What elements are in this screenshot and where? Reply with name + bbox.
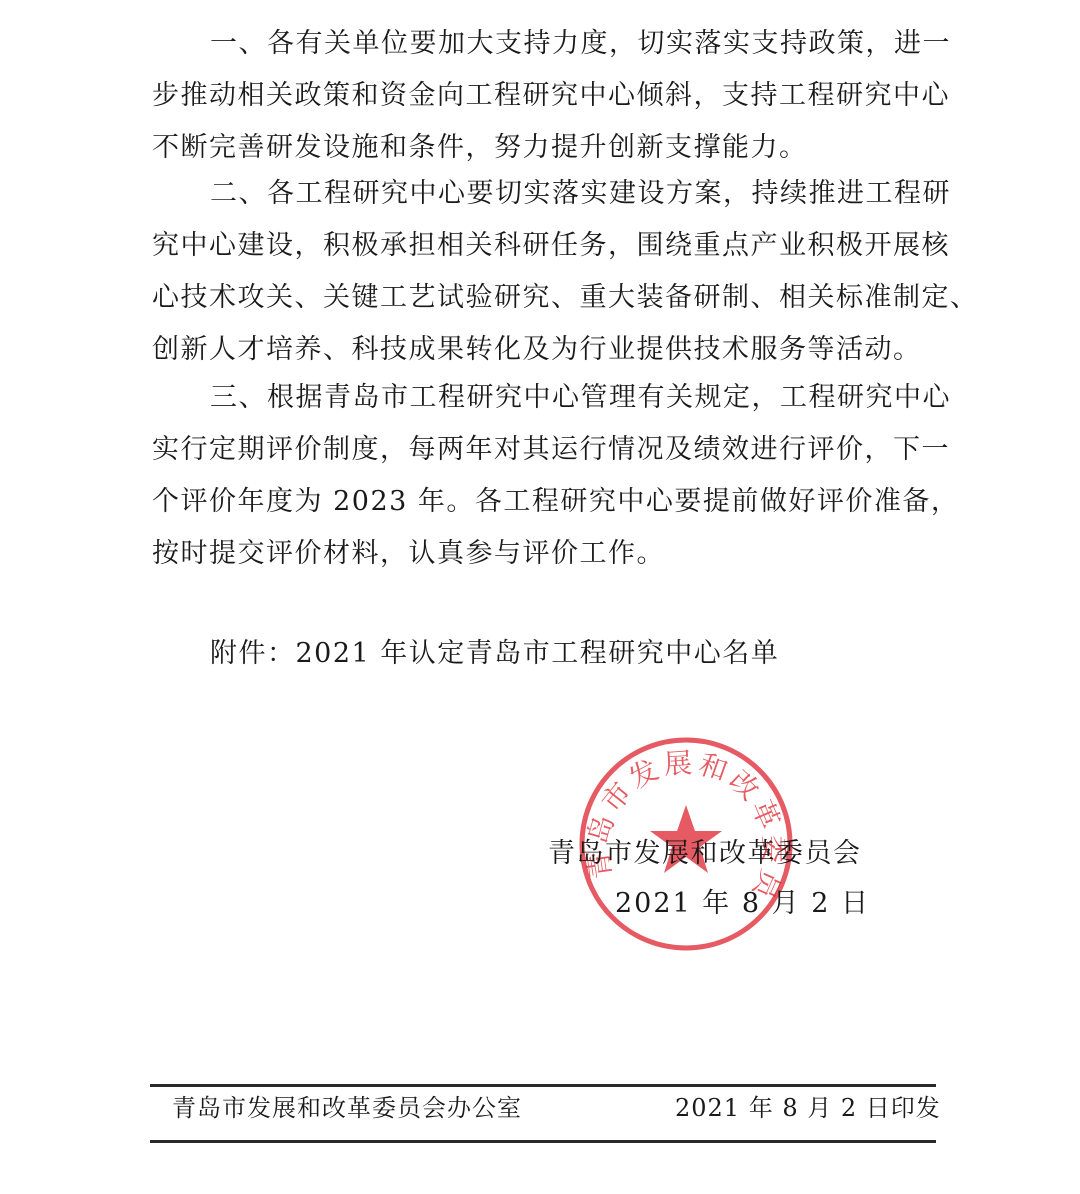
paragraph-3: 三、根据青岛市工程研究中心管理有关规定，工程研究中心 实行定期评价制度，每两年对…	[152, 372, 942, 580]
paragraph-line: 步推动相关政策和资金向工程研究中心倾斜，支持工程研究中心	[152, 70, 942, 122]
document-page: 一、各有关单位要加大支持力度，切实落实支持政策，进一 步推动相关政策和资金向工程…	[0, 0, 1080, 1194]
paragraph-line: 个评价年度为 2023 年。各工程研究中心要提前做好评价准备，	[152, 476, 942, 528]
paragraph-line: 实行定期评价制度，每两年对其运行情况及绩效进行评价，下一	[152, 424, 942, 476]
footer-bottom-rule	[150, 1140, 936, 1143]
paragraph-line: 三、根据青岛市工程研究中心管理有关规定，工程研究中心	[152, 372, 942, 424]
paragraph-line: 按时提交评价材料，认真参与评价工作。	[152, 528, 942, 580]
paragraph-line: 不断完善研发设施和条件，努力提升创新支撑能力。	[152, 122, 942, 174]
signing-organization: 青岛市发展和改革委员会	[548, 830, 862, 878]
footer-issuer: 青岛市发展和改革委员会办公室	[172, 1088, 522, 1128]
paragraph-line: 二、各工程研究中心要切实落实建设方案，持续推进工程研	[152, 168, 942, 220]
paragraph-line: 究中心建设，积极承担相关科研任务，围绕重点产业积极开展核	[152, 220, 942, 272]
paragraph-line: 创新人才培养、科技成果转化及为行业提供技术服务等活动。	[152, 324, 942, 376]
paragraph-1: 一、各有关单位要加大支持力度，切实落实支持政策，进一 步推动相关政策和资金向工程…	[152, 18, 942, 174]
attachment-note: 附件：2021 年认定青岛市工程研究中心名单	[210, 628, 779, 680]
paragraph-line: 心技术攻关、关键工艺试验研究、重大装备研制、相关标准制定、	[152, 272, 942, 324]
footer-issue-date: 2021 年 8 月 2 日印发	[675, 1088, 941, 1128]
signing-date: 2021 年 8 月 2 日	[615, 880, 870, 928]
footer-top-rule	[150, 1084, 936, 1087]
paragraph-line: 一、各有关单位要加大支持力度，切实落实支持政策，进一	[152, 18, 942, 70]
paragraph-2: 二、各工程研究中心要切实落实建设方案，持续推进工程研 究中心建设，积极承担相关科…	[152, 168, 942, 376]
